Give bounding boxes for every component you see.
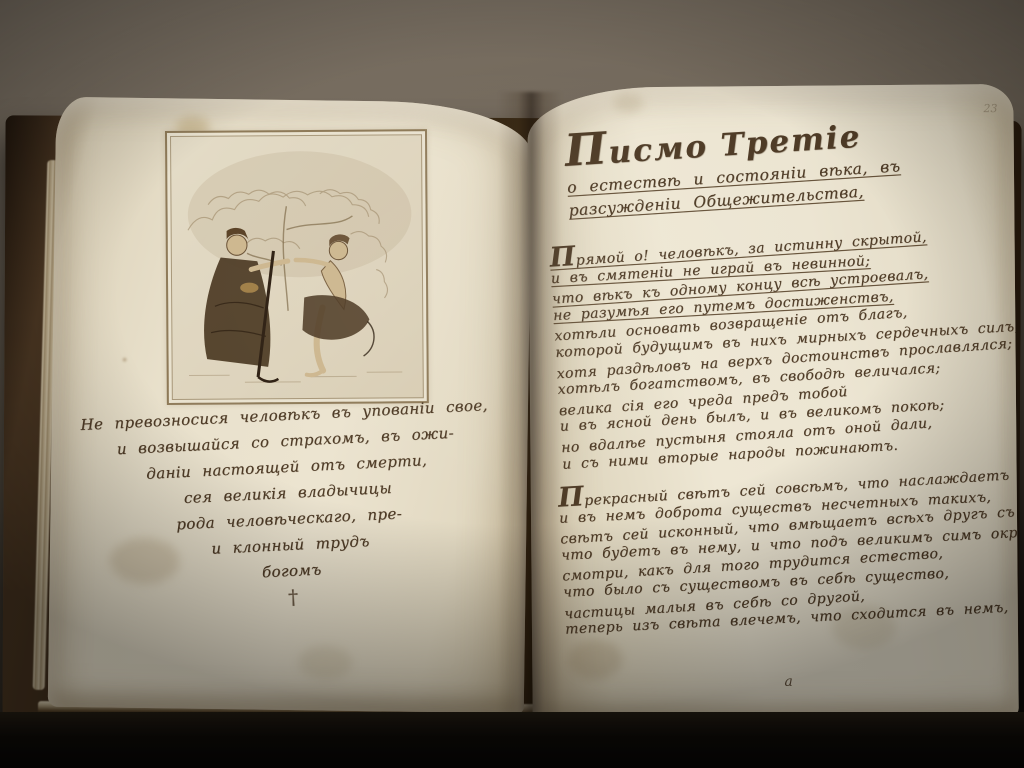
paper-stain — [298, 645, 352, 680]
paragraph-1: Прямой о! человѣкъ, за истинну скрытой, … — [549, 220, 1019, 475]
catchword-letter: a — [784, 674, 792, 690]
gutter-shadow — [498, 92, 562, 718]
paper-stain — [613, 93, 643, 113]
left-page: Не превозносися человѣкъ въ упованіи сво… — [48, 97, 532, 714]
paragraph-2: Прекрасный свѣтъ сей совсѣмъ, что наслаж… — [558, 459, 1019, 640]
table-surface — [0, 712, 1024, 768]
illustration-drawing — [167, 131, 427, 403]
illustration-frame — [165, 129, 429, 405]
foxing-dot — [123, 358, 127, 362]
inscription-block: Не превозносися человѣкъ въ упованіи сво… — [62, 391, 516, 620]
letter-title-block: Писмо Третіе о естествѣ и состояніи вѣка… — [563, 98, 998, 223]
right-page: 23 Писмо Третіе о естествѣ и состояніи в… — [527, 84, 1018, 720]
paper-stain — [568, 639, 622, 679]
ground-hatching — [189, 372, 402, 383]
photo-stage: Не превозносися человѣкъ въ упованіи сво… — [0, 0, 1024, 768]
